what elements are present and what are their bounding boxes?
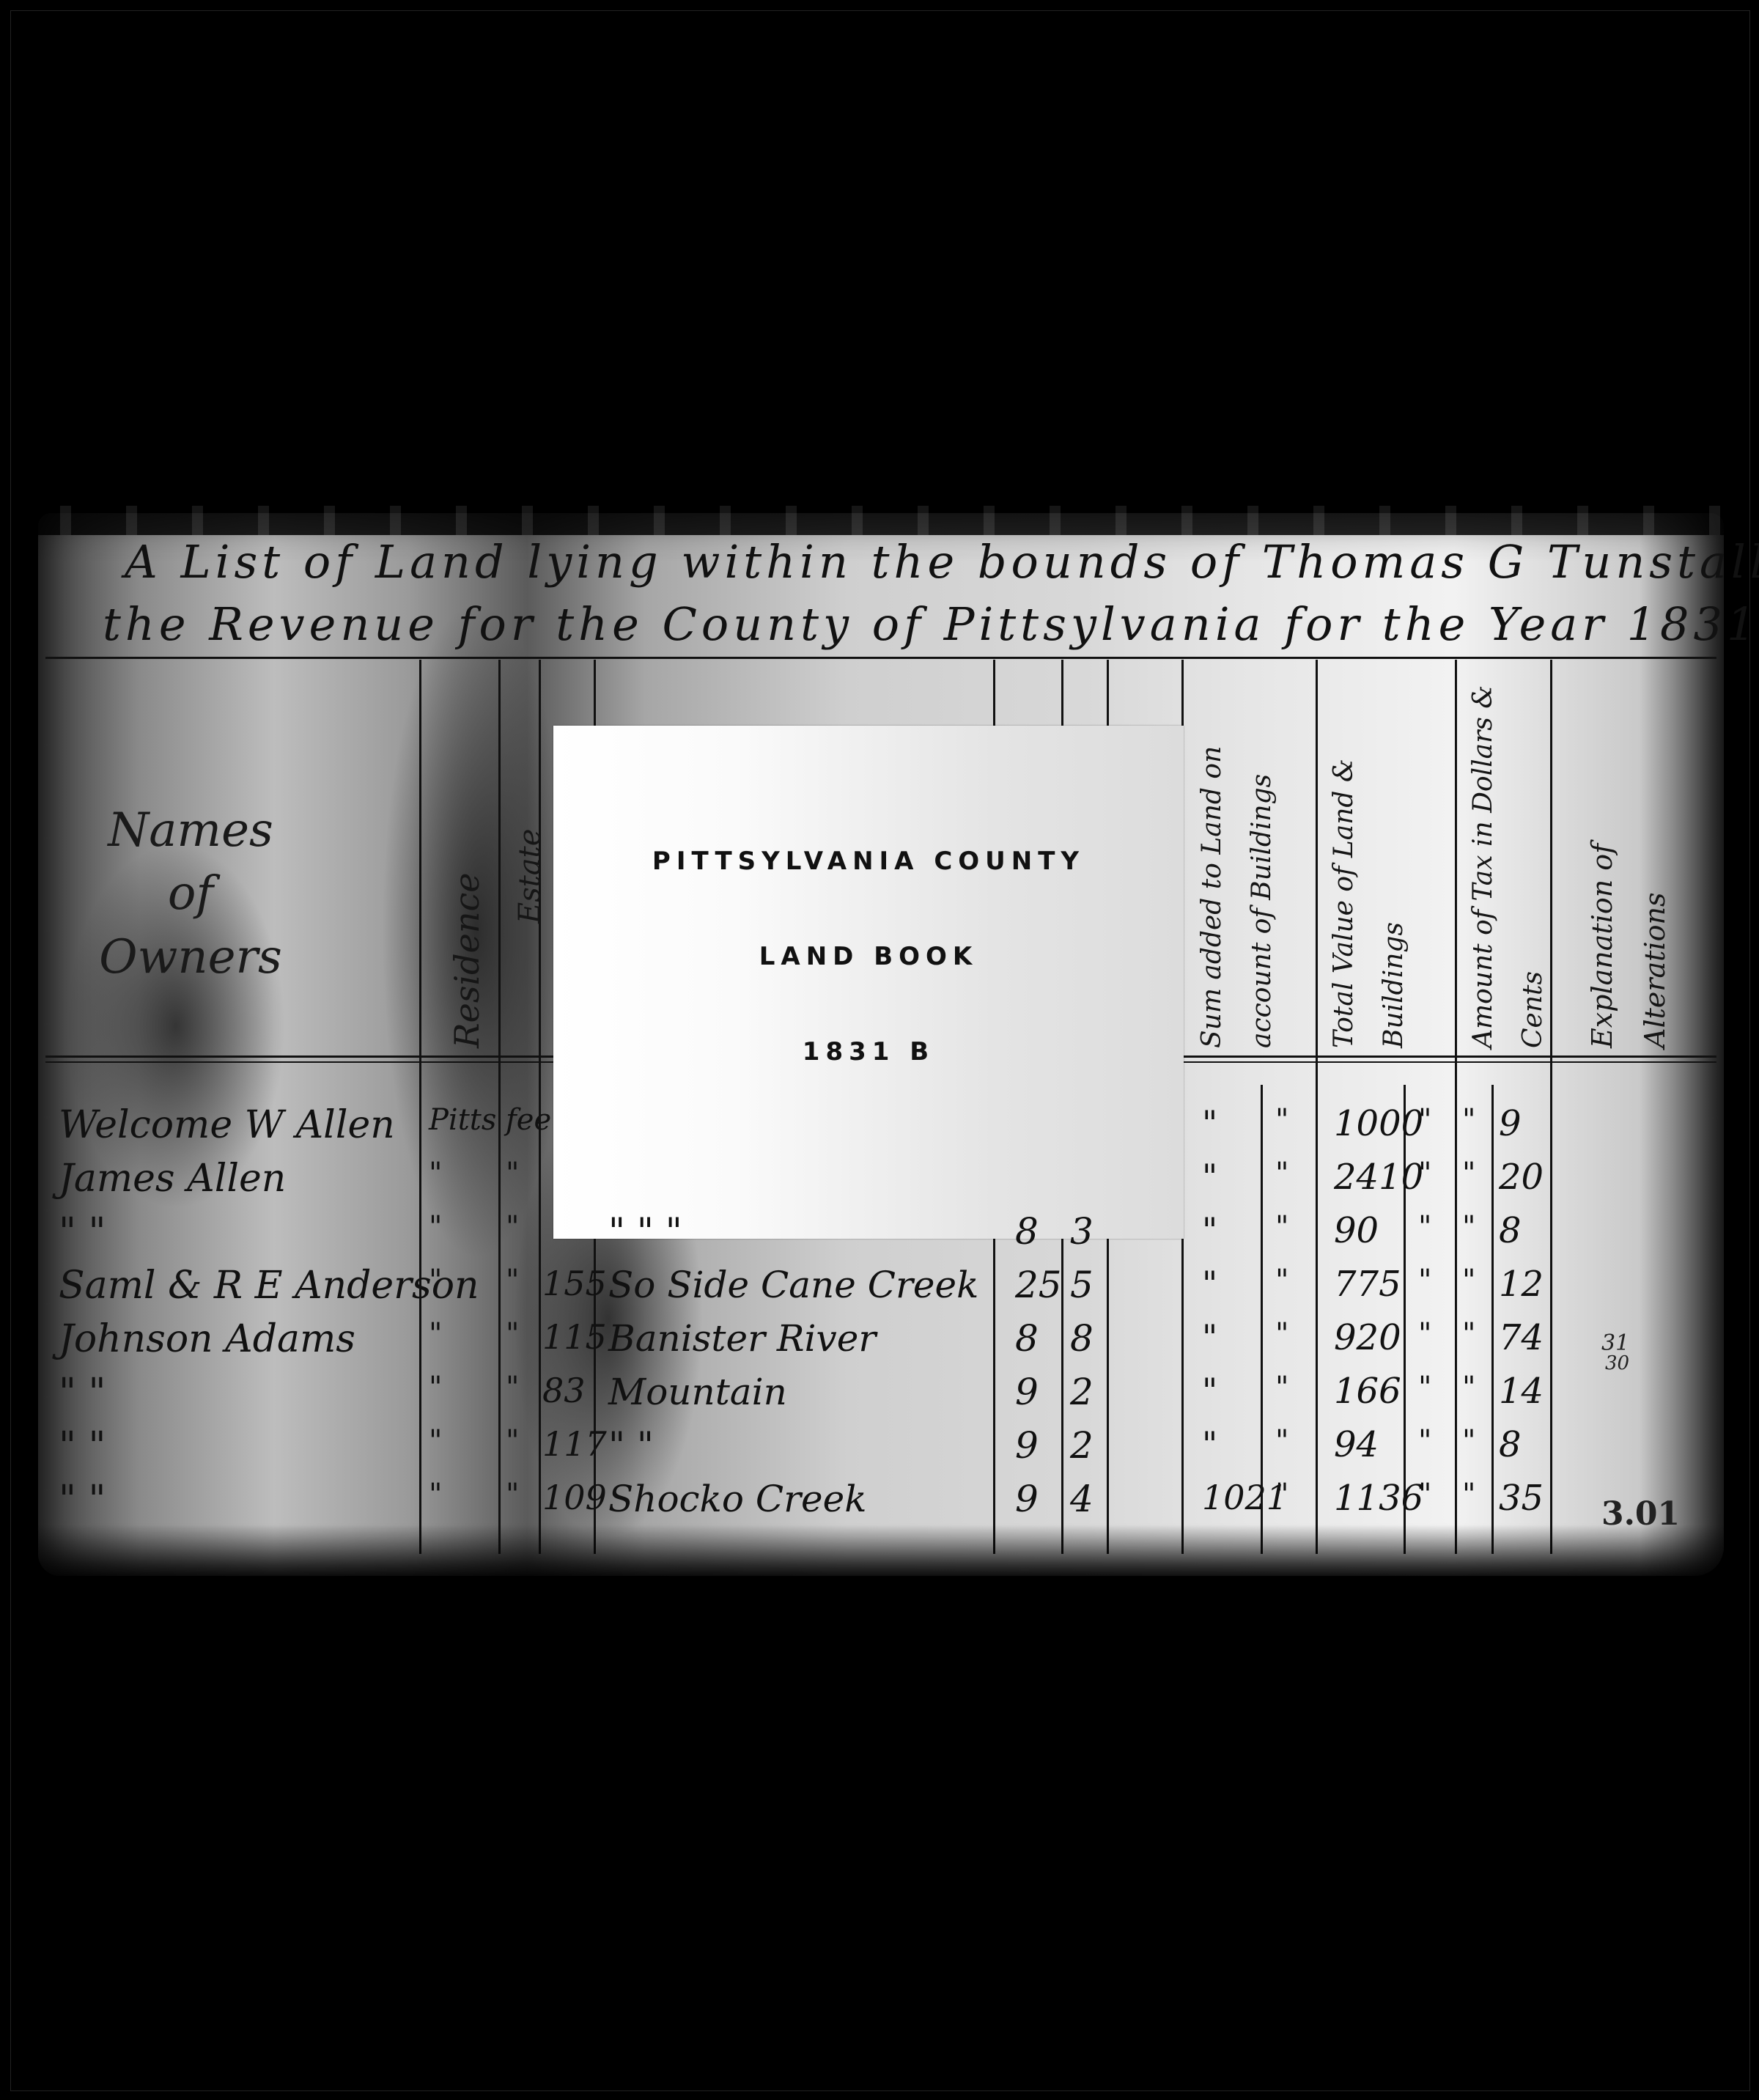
cell-c4: "	[1275, 1210, 1288, 1244]
cell-c4: "	[1275, 1317, 1288, 1351]
cell-c2: 8	[1070, 1317, 1094, 1360]
cell-total: 920	[1334, 1317, 1401, 1358]
cell-tax: 74	[1499, 1317, 1544, 1358]
cell-d1: "	[1418, 1371, 1431, 1404]
cell-name: James Allen	[59, 1157, 286, 1201]
column-header-names: Names of Owners	[88, 799, 293, 989]
cell-d2: "	[1462, 1103, 1475, 1137]
cell-d1: "	[1418, 1210, 1431, 1244]
cell-acres: 83	[542, 1371, 586, 1410]
cell-estate: "	[506, 1157, 519, 1190]
cell-d2: "	[1462, 1424, 1475, 1458]
cell-acres: 117	[542, 1424, 607, 1464]
cell-added: "	[1202, 1424, 1217, 1464]
cell-c4: "	[1275, 1103, 1288, 1137]
label-county: PITTSYLVANIA COUNTY	[553, 847, 1184, 876]
cell-name: Saml & R E Anderson	[59, 1264, 479, 1308]
cell-c4: "	[1275, 1478, 1288, 1511]
table-row: " """83Mountain92""166""14	[0, 1371, 1686, 1422]
cell-name: " "	[59, 1424, 106, 1468]
cell-c4: "	[1275, 1371, 1288, 1404]
table-row: Johnson Adams""115Banister River88""920"…	[0, 1317, 1686, 1368]
cell-description: " "	[608, 1424, 654, 1467]
cell-tax: 8	[1499, 1210, 1522, 1251]
cell-d2: "	[1462, 1210, 1475, 1244]
cell-d1: "	[1418, 1157, 1431, 1190]
cell-description: " " "	[608, 1210, 682, 1253]
cell-residence: "	[429, 1157, 442, 1190]
cell-c4: "	[1275, 1424, 1288, 1458]
cell-residence: "	[429, 1478, 442, 1511]
table-row: " """" " "83""90""8	[0, 1210, 1686, 1261]
label-year: 1831 B	[553, 1037, 1184, 1066]
cell-estate: "	[506, 1210, 519, 1244]
cell-tax: 20	[1499, 1157, 1544, 1198]
cell-description: Mountain	[608, 1371, 787, 1413]
cell-c1: 8	[1015, 1210, 1039, 1253]
cell-added: "	[1202, 1157, 1217, 1196]
cell-residence: Pitts	[429, 1103, 496, 1137]
heading-line-2: the Revenue for the County of Pittsylvan…	[103, 597, 1759, 651]
cell-c2: 4	[1070, 1478, 1094, 1520]
cell-residence: "	[429, 1371, 442, 1404]
cell-tax: 12	[1499, 1264, 1544, 1305]
cell-d1: "	[1418, 1478, 1431, 1511]
cell-d2: "	[1462, 1157, 1475, 1190]
cell-description: Shocko Creek	[608, 1478, 867, 1520]
cell-name: Johnson Adams	[59, 1317, 355, 1361]
cell-estate: "	[506, 1424, 519, 1458]
cell-d1: "	[1418, 1264, 1431, 1297]
heading-line-1: A List of Land lying within the bounds o…	[125, 535, 1759, 589]
cell-added: "	[1202, 1371, 1217, 1410]
cell-added: "	[1202, 1210, 1217, 1250]
column-header-estate: Estate	[513, 829, 547, 924]
cell-residence: "	[429, 1424, 442, 1458]
cell-estate: "	[506, 1371, 519, 1404]
cell-estate: "	[506, 1317, 519, 1351]
cell-name: " "	[59, 1210, 106, 1254]
table-row: Saml & R E Anderson""155So Side Cane Cre…	[0, 1264, 1686, 1315]
cell-c2: 2	[1070, 1424, 1094, 1467]
cell-estate: fee	[506, 1103, 551, 1137]
cell-description: Banister River	[608, 1317, 876, 1360]
cell-description: So Side Cane Creek	[608, 1264, 978, 1306]
cell-name: " "	[59, 1478, 106, 1522]
cell-c1: 25	[1015, 1264, 1062, 1306]
cell-d2: "	[1462, 1478, 1475, 1511]
cell-c1: 9	[1015, 1478, 1039, 1520]
column-header-explanation: Explanation of Alterations	[1576, 784, 1681, 1048]
cell-c1: 9	[1015, 1371, 1039, 1413]
page-bottom-shadow	[38, 1525, 1724, 1583]
cell-d1: "	[1418, 1103, 1431, 1137]
cell-c1: 8	[1015, 1317, 1039, 1360]
cell-added: "	[1202, 1103, 1217, 1143]
cell-c4: "	[1275, 1157, 1288, 1190]
table-row: " """109Shocko Creek941021"1136""35	[0, 1478, 1686, 1529]
cell-c4: "	[1275, 1264, 1288, 1297]
table-row: James Allen""""2410""20	[0, 1157, 1686, 1208]
cell-acres: 109	[542, 1478, 607, 1517]
cell-c2: 5	[1070, 1264, 1094, 1306]
cell-total: 166	[1334, 1371, 1401, 1412]
cell-total: 1000	[1334, 1103, 1423, 1144]
cell-residence: "	[429, 1317, 442, 1351]
table-row: " """117" "92""94""8	[0, 1424, 1686, 1475]
cell-tax: 9	[1499, 1103, 1522, 1144]
cell-tax: 14	[1499, 1371, 1544, 1412]
cell-acres: 155	[542, 1264, 607, 1303]
cell-added: "	[1202, 1317, 1217, 1357]
cell-name: Welcome W Allen	[59, 1103, 395, 1147]
cell-estate: "	[506, 1478, 519, 1511]
cell-c2: 2	[1070, 1371, 1094, 1413]
cell-d2: "	[1462, 1371, 1475, 1404]
cell-tax: 35	[1499, 1478, 1544, 1519]
cell-c1: 9	[1015, 1424, 1039, 1467]
column-header-added-buildings: Sum added to Land on account of Building…	[1187, 652, 1288, 1048]
cell-estate: "	[506, 1264, 519, 1297]
cell-tax: 8	[1499, 1424, 1522, 1465]
cell-total: 1136	[1334, 1478, 1423, 1519]
cell-residence: "	[429, 1210, 442, 1244]
cell-residence: "	[429, 1264, 442, 1297]
margin-note-b: 30	[1605, 1352, 1629, 1374]
cell-c2: 3	[1070, 1210, 1094, 1253]
cell-d1: "	[1418, 1424, 1431, 1458]
cell-d1: "	[1418, 1317, 1431, 1351]
cell-added: "	[1202, 1264, 1217, 1303]
torn-page-edge	[38, 506, 1724, 535]
label-book: LAND BOOK	[553, 942, 1184, 971]
cell-total: 94	[1334, 1424, 1379, 1465]
column-header-tax-amount: Amount of Tax in Dollars & Cents	[1459, 652, 1559, 1048]
cell-acres: 115	[542, 1317, 607, 1357]
column-header-residence: Residence	[447, 873, 487, 1048]
table-row: Welcome W AllenPittsfee""1000""9	[0, 1103, 1686, 1154]
cell-total: 90	[1334, 1210, 1379, 1251]
column-header-total-value: Total Value of Land & Buildings	[1319, 652, 1420, 1048]
cell-total: 775	[1334, 1264, 1401, 1305]
cell-d2: "	[1462, 1317, 1475, 1351]
cell-total: 2410	[1334, 1157, 1423, 1198]
cell-d2: "	[1462, 1264, 1475, 1297]
cell-name: " "	[59, 1371, 106, 1415]
